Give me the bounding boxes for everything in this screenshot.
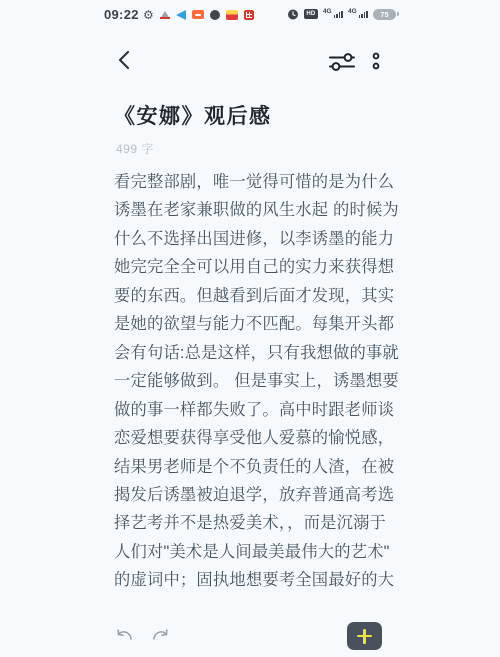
body-line: 诱墨在老家兼职做的风生水起 的时候为 bbox=[114, 196, 414, 224]
mountain-icon bbox=[160, 11, 170, 19]
body-line: 人们对"美术是人间最美最伟大的艺术" bbox=[114, 538, 414, 566]
mail-icon bbox=[226, 10, 238, 20]
body-line: 结果男老师是个不负责任的人渣，在被 bbox=[114, 453, 414, 481]
alarm-clock-icon bbox=[287, 8, 299, 20]
hd-voice-icon: HD bbox=[304, 9, 318, 19]
redo-button[interactable] bbox=[151, 625, 171, 643]
body-line: 什么不选择出国进修，以李诱墨的能力 bbox=[114, 225, 414, 253]
sim2-network-label: 4G bbox=[348, 8, 357, 15]
sim1-network-label: 4G bbox=[323, 8, 332, 15]
undo-button[interactable] bbox=[114, 625, 134, 643]
note-body-text[interactable]: 看完整部剧，唯一觉得可惜的是为什么 诱墨在老家兼职做的风生水起 的时候为 什么不… bbox=[114, 168, 414, 595]
grid-icon bbox=[244, 10, 254, 20]
body-line: 看完整部剧，唯一觉得可惜的是为什么 bbox=[114, 168, 414, 196]
body-line: 的虚词中；固执地想要考全国最好的大 bbox=[114, 566, 414, 594]
battery-icon: 75 bbox=[373, 9, 396, 20]
body-line: 要的东西。但越看到后面才发现，其实 bbox=[114, 282, 414, 310]
back-button[interactable] bbox=[116, 49, 132, 71]
word-count: 499 字 bbox=[116, 140, 154, 157]
more-menu-button[interactable] bbox=[371, 51, 381, 72]
sim2-signal-icon: 4G bbox=[348, 11, 368, 18]
status-system-icons: HD 4G 4G 75 bbox=[287, 7, 396, 21]
body-line: 恋爱想要获得享受他人爱慕的愉悦感， bbox=[114, 424, 414, 452]
adjust-sliders-button[interactable] bbox=[328, 52, 356, 72]
send-icon bbox=[176, 10, 186, 20]
body-line: 揭发后诱墨被迫退学，放弃普通高考选 bbox=[114, 481, 414, 509]
body-line: 是她的欲望与能力不匹配。每集开头都 bbox=[114, 310, 414, 338]
dot-icon bbox=[210, 10, 220, 20]
body-line: 她完完全全可以用自己的实力来获得想 bbox=[114, 253, 414, 281]
note-title[interactable]: 《安娜》观后感 bbox=[114, 100, 272, 130]
battery-percent: 75 bbox=[380, 10, 388, 19]
tag-icon bbox=[192, 10, 204, 19]
plus-icon bbox=[363, 629, 366, 644]
body-line: 会有句话:总是这样，只有我想做的事就 bbox=[114, 339, 414, 367]
status-time: 09:22 bbox=[104, 7, 139, 22]
gear-icon: ⚙ bbox=[143, 9, 154, 21]
add-note-button[interactable] bbox=[347, 622, 382, 650]
sim1-signal-icon: 4G bbox=[323, 11, 343, 18]
body-line: 做的事一样都失败了。高中时跟老师谈 bbox=[114, 396, 414, 424]
body-line: 择艺考并不是热爱美术，，而是沉溺于 bbox=[114, 509, 414, 537]
body-line: 一定能够做到。 但是事实上，诱墨想要 bbox=[114, 367, 414, 395]
status-notification-icons: ⚙ bbox=[143, 8, 254, 21]
